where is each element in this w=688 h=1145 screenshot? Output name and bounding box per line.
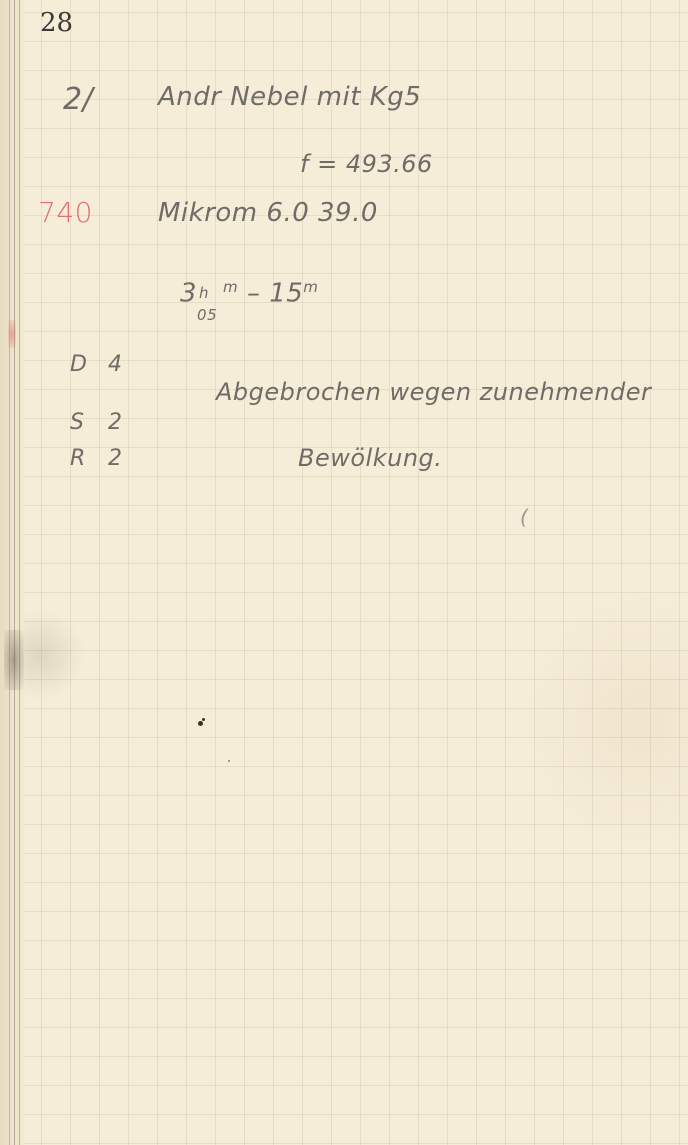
page-binding-edge	[0, 0, 24, 1145]
note-line-1: Abgebrochen wegen zunehmender	[216, 378, 651, 406]
obs-value-r: 2	[108, 446, 123, 471]
observation-time: 3 h 05 m – 15m	[180, 278, 318, 309]
page-edge-line	[19, 0, 20, 1145]
ink-dot	[228, 760, 230, 762]
page-edge-line	[14, 0, 15, 1145]
catalog-number: 740	[38, 196, 93, 229]
time-hour: 3	[180, 279, 197, 309]
obs-value-d: 4	[108, 352, 123, 377]
time-minute-sup: m	[223, 278, 238, 296]
red-ink-mark	[8, 320, 16, 348]
page-number: 28	[40, 8, 73, 38]
stain-mark	[4, 630, 24, 690]
stray-pencil-mark: (	[520, 505, 528, 529]
note-line-2: Bewölkung.	[298, 444, 442, 472]
entry-number: 2/	[63, 82, 93, 117]
ink-dot	[202, 718, 205, 721]
micrometer-reading: Mikrom 6.0 39.0	[158, 198, 378, 228]
focal-length: f = 493.66	[300, 150, 433, 178]
obs-label-r: R	[70, 446, 86, 471]
obs-value-s: 2	[108, 410, 123, 435]
page-edge-line	[9, 0, 10, 1145]
time-hour-sup: h	[199, 284, 209, 302]
time-dash: –	[247, 279, 261, 309]
entry-title: Andr Nebel mit Kg5	[158, 82, 421, 112]
time-minute: 05	[197, 306, 217, 324]
time-end: 15	[269, 279, 303, 309]
ink-dot	[198, 721, 203, 726]
obs-label-s: S	[70, 410, 84, 435]
notebook-page: 28 2/ Andr Nebel mit Kg5 f = 493.66 740 …	[0, 0, 688, 1145]
time-end-sup: m	[303, 278, 318, 296]
obs-label-d: D	[70, 352, 87, 377]
